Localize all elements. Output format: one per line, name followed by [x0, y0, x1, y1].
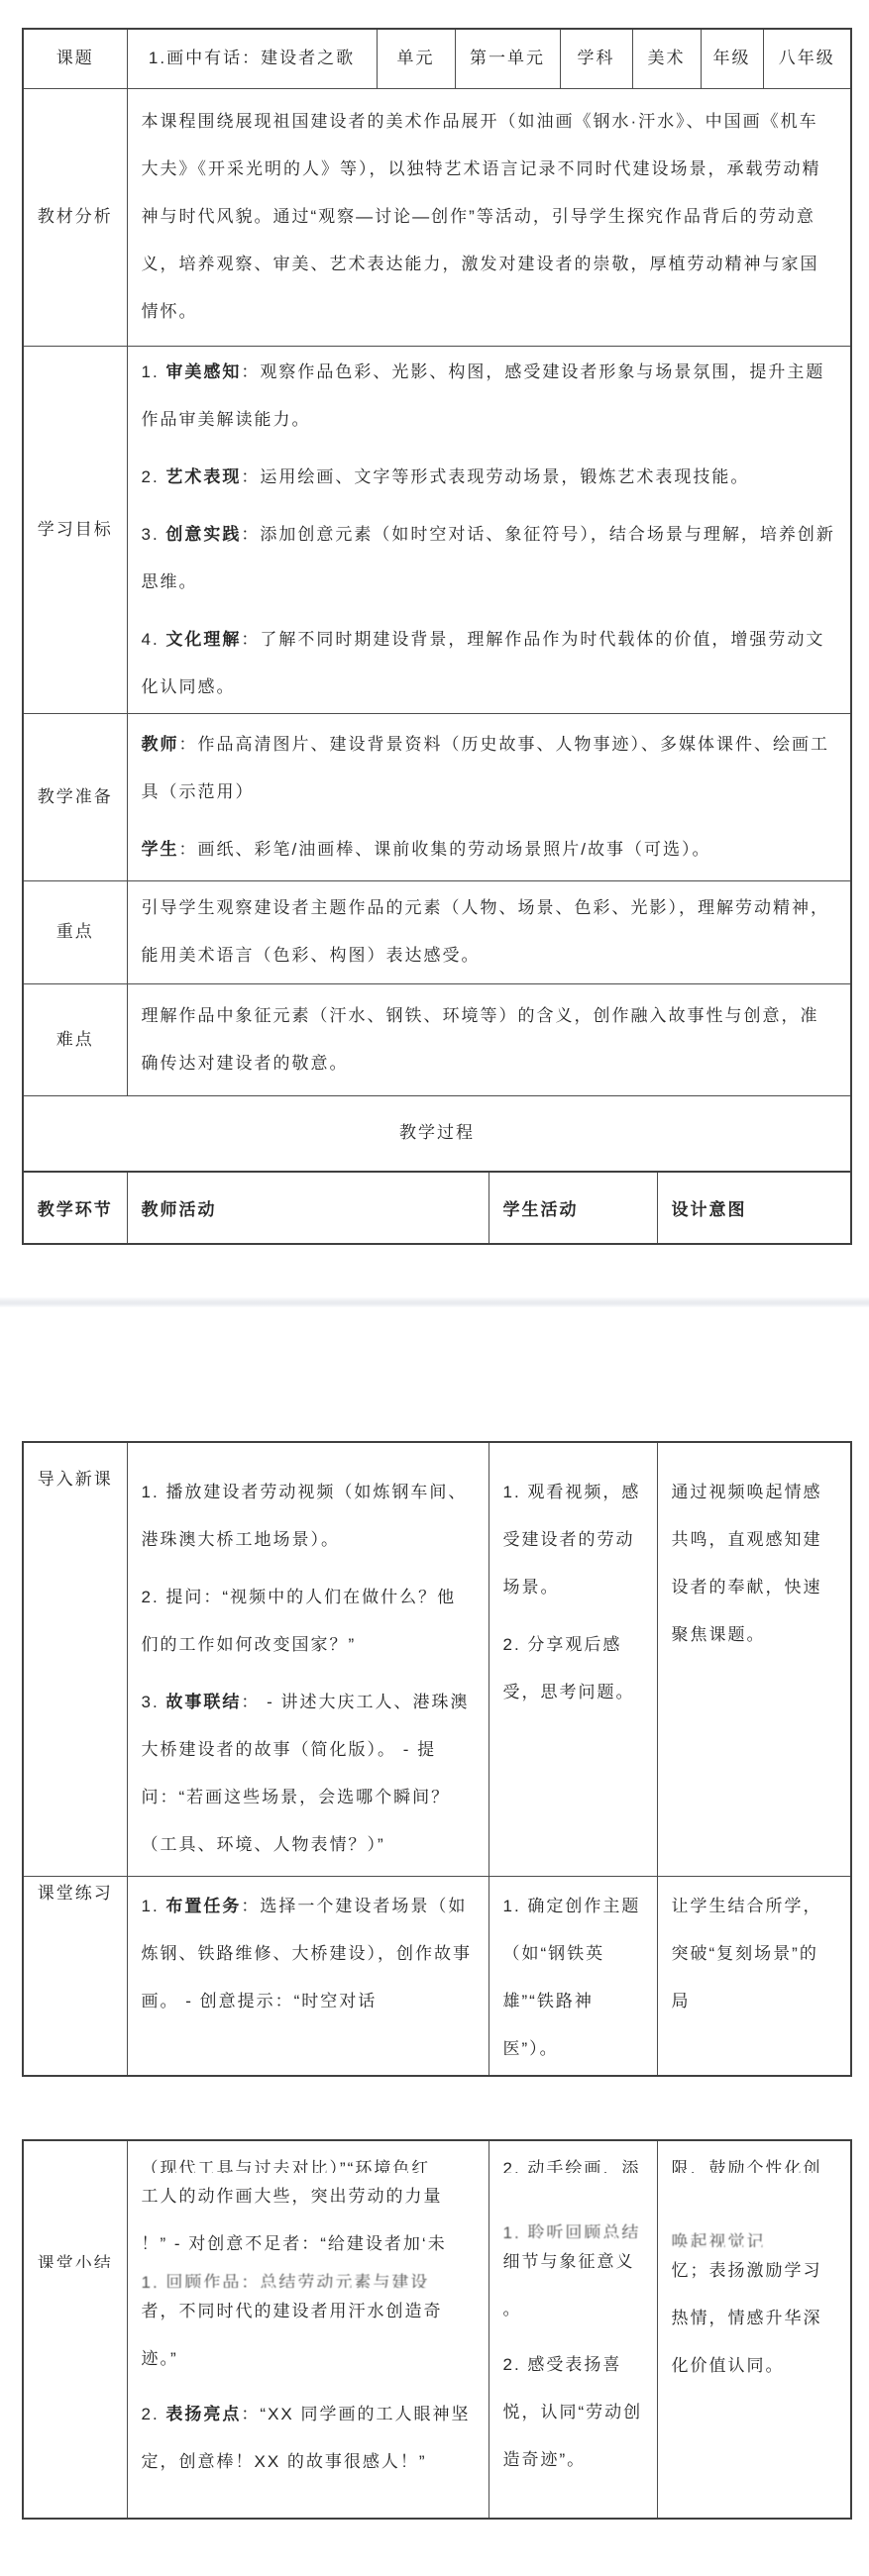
goal-keyword: 创意实践 [165, 525, 241, 544]
summary-stage-text-torn: 课堂小结 [25, 2242, 126, 2268]
intent-line: 忆；表扬激励学习 [672, 2247, 837, 2295]
intro-stage-text: 导入新课 [25, 1444, 126, 1492]
student-step: 1. 确定创作主题（如“钢铁英雄”“铁路神医”）。 [503, 1883, 643, 2073]
intro-teacher-cell: 1. 播放建设者劳动视频（如炼钢车间、港珠澳大桥工地场景）。 2. 提问：“视频… [127, 1442, 489, 1876]
student-step: 2. 分享观后感受，思考问题。 [503, 1621, 643, 1716]
step-keyword: 布置任务 [165, 1897, 241, 1915]
process-header-table: 教学环节 教师活动 学生活动 设计意图 [22, 1171, 852, 1245]
goal-body: ：运用绘画、文字等形式表现劳动场景，锻炼艺术表现技能。 [241, 467, 749, 486]
prep-teacher-body: ：作品高清图片、建设背景资料（历史故事、人物事迹）、多媒体课件、绘画工具（示范用… [142, 735, 830, 801]
step-number: 1. [142, 1897, 166, 1915]
topic-value: 1.画中有话：建设者之歌 [127, 29, 377, 88]
goal-number: 3. [142, 525, 166, 544]
goal-keyword: 审美感知 [165, 362, 241, 381]
goal-number: 1. [142, 362, 166, 381]
summary-row: 课堂小结 （现代工具与过去对比）”“环境色红 工人的动作画大些，突出劳动的力量 … [23, 2140, 851, 2519]
col-header-stage: 教学环节 [23, 1172, 127, 1244]
col-header-student: 学生活动 [489, 1172, 657, 1244]
practice-stage-text: 课堂练习 [25, 1878, 126, 1906]
difficulty-row: 难点 理解作品中象征元素（汗水、钢铁、环境等）的含义，创作融入故事性与创意，准确… [23, 983, 851, 1095]
goal-body: ：添加创意元素（如时空对话、象征符号），结合场景与理解，培养创新思维。 [142, 525, 835, 591]
unit-value: 第一单元 [455, 29, 560, 88]
preparation-row: 教学准备 教师：作品高清图片、建设背景资料（历史故事、人物事迹）、多媒体课件、绘… [23, 713, 851, 880]
goal-item: 2. 艺术表现：运用绘画、文字等形式表现劳动场景，锻炼艺术表现技能。 [142, 454, 837, 501]
summary-table: 课堂小结 （现代工具与过去对比）”“环境色红 工人的动作画大些，突出劳动的力量 … [22, 2139, 852, 2520]
teacher-line: 者，不同时代的建设者用汗水创造奇 [142, 2288, 475, 2335]
preparation-text: 教师：作品高清图片、建设背景资料（历史故事、人物事迹）、多媒体课件、绘画工具（示… [127, 713, 851, 880]
prep-student: 学生：画纸、彩笔/油画棒、课前收集的劳动场景照片/故事（可选）。 [142, 826, 837, 874]
intent-line: 化价值认同。 [672, 2342, 837, 2390]
lesson-plan-document: { "t1": { "r1": ["课题", "1.画中有话：建设者之歌", "… [0, 0, 869, 2576]
goal-item: 1. 审美感知：观察作品色彩、光影、构图，感受建设者形象与场景氛围，提升主题作品… [142, 349, 837, 444]
step-keyword: 表扬亮点 [165, 2405, 241, 2423]
col-header-teacher: 教师活动 [127, 1172, 489, 1244]
info-table: 课题 1.画中有话：建设者之歌 单元 第一单元 学科 美术 年级 八年级 教材分… [22, 28, 852, 1173]
page-break-band [0, 1297, 869, 1307]
teacher-step: 2. 表扬亮点：“XX 同学画的工人眼神坚定，创意棒！XX 的故事很感人！” [142, 2391, 475, 2486]
teacher-line: 迹。” [142, 2335, 475, 2383]
torn-line: （现代工具与过去对比）”“环境色红 [142, 2147, 475, 2173]
process-header-row: 教学环节 教师活动 学生活动 设计意图 [23, 1172, 851, 1244]
step-body: 播放建设者劳动视频（如炼钢车间、港珠澳大桥工地场景）。 [142, 1483, 468, 1549]
lesson-plan-sheet-2: 导入新课 1. 播放建设者劳动视频（如炼钢车间、港珠澳大桥工地场景）。 2. 提… [22, 1441, 850, 2520]
step-body: ： - 讲述大庆工人、港珠澳大桥建设者的故事（简化版）。 - 提问：“若画这些场… [142, 1693, 470, 1854]
teacher-step: 1. 播放建设者劳动视频（如炼钢车间、港珠澳大桥工地场景）。 [142, 1469, 475, 1564]
process-title-row: 教学过程 [23, 1095, 851, 1172]
prep-teacher: 教师：作品高清图片、建设背景资料（历史故事、人物事迹）、多媒体课件、绘画工具（示… [142, 721, 837, 816]
torn-overlap-line: 1. 聆听回顾总结 [503, 2218, 643, 2238]
summary-student-cell: 2. 动手绘画，添 1. 聆听回顾总结 细节与象征意义 。 2. 感受表扬喜悦，… [489, 2140, 657, 2519]
torn-gap [503, 2173, 643, 2218]
summary-teacher-cell: （现代工具与过去对比）”“环境色红 工人的动作画大些，突出劳动的力量 ！” - … [127, 2140, 489, 2519]
intent-text: 让学生结合所学，突破“复刻场景”的局 [672, 1883, 837, 2025]
goal-keyword: 艺术表现 [165, 467, 241, 486]
material-analysis-label: 教材分析 [23, 88, 127, 346]
key-point-paragraph: 引导学生观察建设者主题作品的元素（人物、场景、色彩、光影），理解劳动精神，能用美… [142, 884, 837, 979]
student-step: 2. 感受表扬喜悦，认同“劳动创造奇迹”。 [503, 2341, 643, 2484]
practice-stage-label: 课堂练习 [23, 1876, 127, 2076]
learning-goals-text: 1. 审美感知：观察作品色彩、光影、构图，感受建设者形象与场景氛围，提升主题作品… [127, 346, 851, 713]
step-number: 2. [142, 2405, 166, 2423]
key-point-label: 重点 [23, 880, 127, 983]
grade-value: 八年级 [763, 29, 851, 88]
difficulty-label: 难点 [23, 983, 127, 1095]
teacher-step: 2. 提问：“视频中的人们在做什么？他们的工作如何改变国家？” [142, 1574, 475, 1669]
difficulty-paragraph: 理解作品中象征元素（汗水、钢铁、环境等）的含义，创作融入故事性与创意，准确传达对… [142, 992, 837, 1087]
summary-stage-label: 课堂小结 [23, 2140, 127, 2519]
subject-value: 美术 [632, 29, 701, 88]
topic-label: 课题 [23, 29, 127, 88]
torn-overlap-line: 唤起视觉记 [672, 2227, 837, 2247]
intent-line: 热情，情感升华深 [672, 2295, 837, 2342]
practice-intent-cell: 让学生结合所学，突破“复刻场景”的局 [657, 1876, 851, 2076]
student-step: 1. 观看视频，感受建设者的劳动场景。 [503, 1469, 643, 1611]
step-keyword: 故事联结 [165, 1693, 241, 1711]
table-gap [22, 2077, 850, 2139]
goal-body: ：了解不同时期建设背景，理解作品作为时代载体的价值，增强劳动文化认同感。 [142, 630, 825, 696]
grade-label: 年级 [701, 29, 763, 88]
torn-overlap-line: 1. 回顾作品：总结劳动元素与建设 [142, 2268, 475, 2288]
intro-intent-cell: 通过视频唤起情感共鸣，直观感知建设者的奉献，快速聚焦课题。 [657, 1442, 851, 1876]
page-gap [0, 1307, 869, 1441]
teacher-step: 1. 布置任务：选择一个建设者场景（如炼钢、铁路维修、大桥建设），创作故事画。 … [142, 1883, 475, 2025]
key-point-row: 重点 引导学生观察建设者主题作品的元素（人物、场景、色彩、光影），理解劳动精神，… [23, 880, 851, 983]
process-title: 教学过程 [23, 1095, 851, 1172]
teacher-line: ！” - 对创意不足者：“给建设者加‘未 [142, 2220, 475, 2268]
goal-body: ：观察作品色彩、光影、构图，感受建设者形象与场景氛围，提升主题作品审美解读能力。 [142, 362, 825, 429]
step-number: 2. [142, 1588, 166, 1606]
goal-number: 2. [142, 467, 166, 486]
material-analysis-row: 教材分析 本课程围绕展现祖国建设者的美术作品展开（如油画《钢水·汗水》、中国画《… [23, 88, 851, 346]
summary-intent-cell: 限，鼓励个性化创 唤起视觉记 忆；表扬激励学习 热情，情感升华深 化价值认同。 [657, 2140, 851, 2519]
intro-stage-label: 导入新课 [23, 1442, 127, 1876]
goal-number: 4. [142, 630, 166, 649]
prep-student-keyword: 学生 [142, 840, 179, 859]
material-analysis-paragraph: 本课程围绕展现祖国建设者的美术作品展开（如油画《钢水·汗水》、中国画《机车大夫》… [142, 98, 837, 336]
key-point-text: 引导学生观察建设者主题作品的元素（人物、场景、色彩、光影），理解劳动精神，能用美… [127, 880, 851, 983]
process-table: 导入新课 1. 播放建设者劳动视频（如炼钢车间、港珠澳大桥工地场景）。 2. 提… [22, 1441, 852, 2077]
practice-row: 课堂练习 1. 布置任务：选择一个建设者场景（如炼钢、铁路维修、大桥建设），创作… [23, 1876, 851, 2076]
preparation-label: 教学准备 [23, 713, 127, 880]
goal-keyword: 文化理解 [165, 630, 241, 649]
torn-line: 限，鼓励个性化创 [672, 2147, 837, 2173]
title-row: 课题 1.画中有话：建设者之歌 单元 第一单元 学科 美术 年级 八年级 [23, 29, 851, 88]
intro-student-cell: 1. 观看视频，感受建设者的劳动场景。 2. 分享观后感受，思考问题。 [489, 1442, 657, 1876]
col-header-intent: 设计意图 [657, 1172, 851, 1244]
lesson-plan-sheet: 课题 1.画中有话：建设者之歌 单元 第一单元 学科 美术 年级 八年级 教材分… [22, 28, 850, 1245]
intent-text: 通过视频唤起情感共鸣，直观感知建设者的奉献，快速聚焦课题。 [672, 1469, 837, 1659]
learning-goals-row: 学习目标 1. 审美感知：观察作品色彩、光影、构图，感受建设者形象与场景氛围，提… [23, 346, 851, 713]
intro-row: 导入新课 1. 播放建设者劳动视频（如炼钢车间、港珠澳大桥工地场景）。 2. 提… [23, 1442, 851, 1876]
teacher-line: 工人的动作画大些，突出劳动的力量 [142, 2173, 475, 2220]
unit-label: 单元 [377, 29, 455, 88]
student-line: 。 [503, 2286, 643, 2333]
difficulty-text: 理解作品中象征元素（汗水、钢铁、环境等）的含义，创作融入故事性与创意，准确传达对… [127, 983, 851, 1095]
torn-gap [672, 2173, 837, 2227]
practice-student-cell: 1. 确定创作主题（如“钢铁英雄”“铁路神医”）。 [489, 1876, 657, 2076]
prep-student-body: ：画纸、彩笔/油画棒、课前收集的劳动场景照片/故事（可选）。 [179, 840, 711, 859]
goal-item: 4. 文化理解：了解不同时期建设背景，理解作品作为时代载体的价值，增强劳动文化认… [142, 616, 837, 711]
learning-goals-label: 学习目标 [23, 346, 127, 713]
step-number: 1. [142, 1483, 166, 1501]
material-analysis-text: 本课程围绕展现祖国建设者的美术作品展开（如油画《钢水·汗水》、中国画《机车大夫》… [127, 88, 851, 346]
practice-teacher-cell: 1. 布置任务：选择一个建设者场景（如炼钢、铁路维修、大桥建设），创作故事画。 … [127, 1876, 489, 2076]
prep-teacher-keyword: 教师 [142, 735, 179, 754]
step-number: 3. [142, 1693, 166, 1711]
student-line: 细节与象征意义 [503, 2238, 643, 2286]
step-body: 提问：“视频中的人们在做什么？他们的工作如何改变国家？” [142, 1588, 457, 1654]
teacher-step: 3. 故事联结： - 讲述大庆工人、港珠澳大桥建设者的故事（简化版）。 - 提问… [142, 1679, 475, 1869]
goal-item: 3. 创意实践：添加创意元素（如时空对话、象征符号），结合场景与理解，培养创新思… [142, 511, 837, 606]
subject-label: 学科 [560, 29, 632, 88]
torn-line: 2. 动手绘画，添 [503, 2147, 643, 2173]
